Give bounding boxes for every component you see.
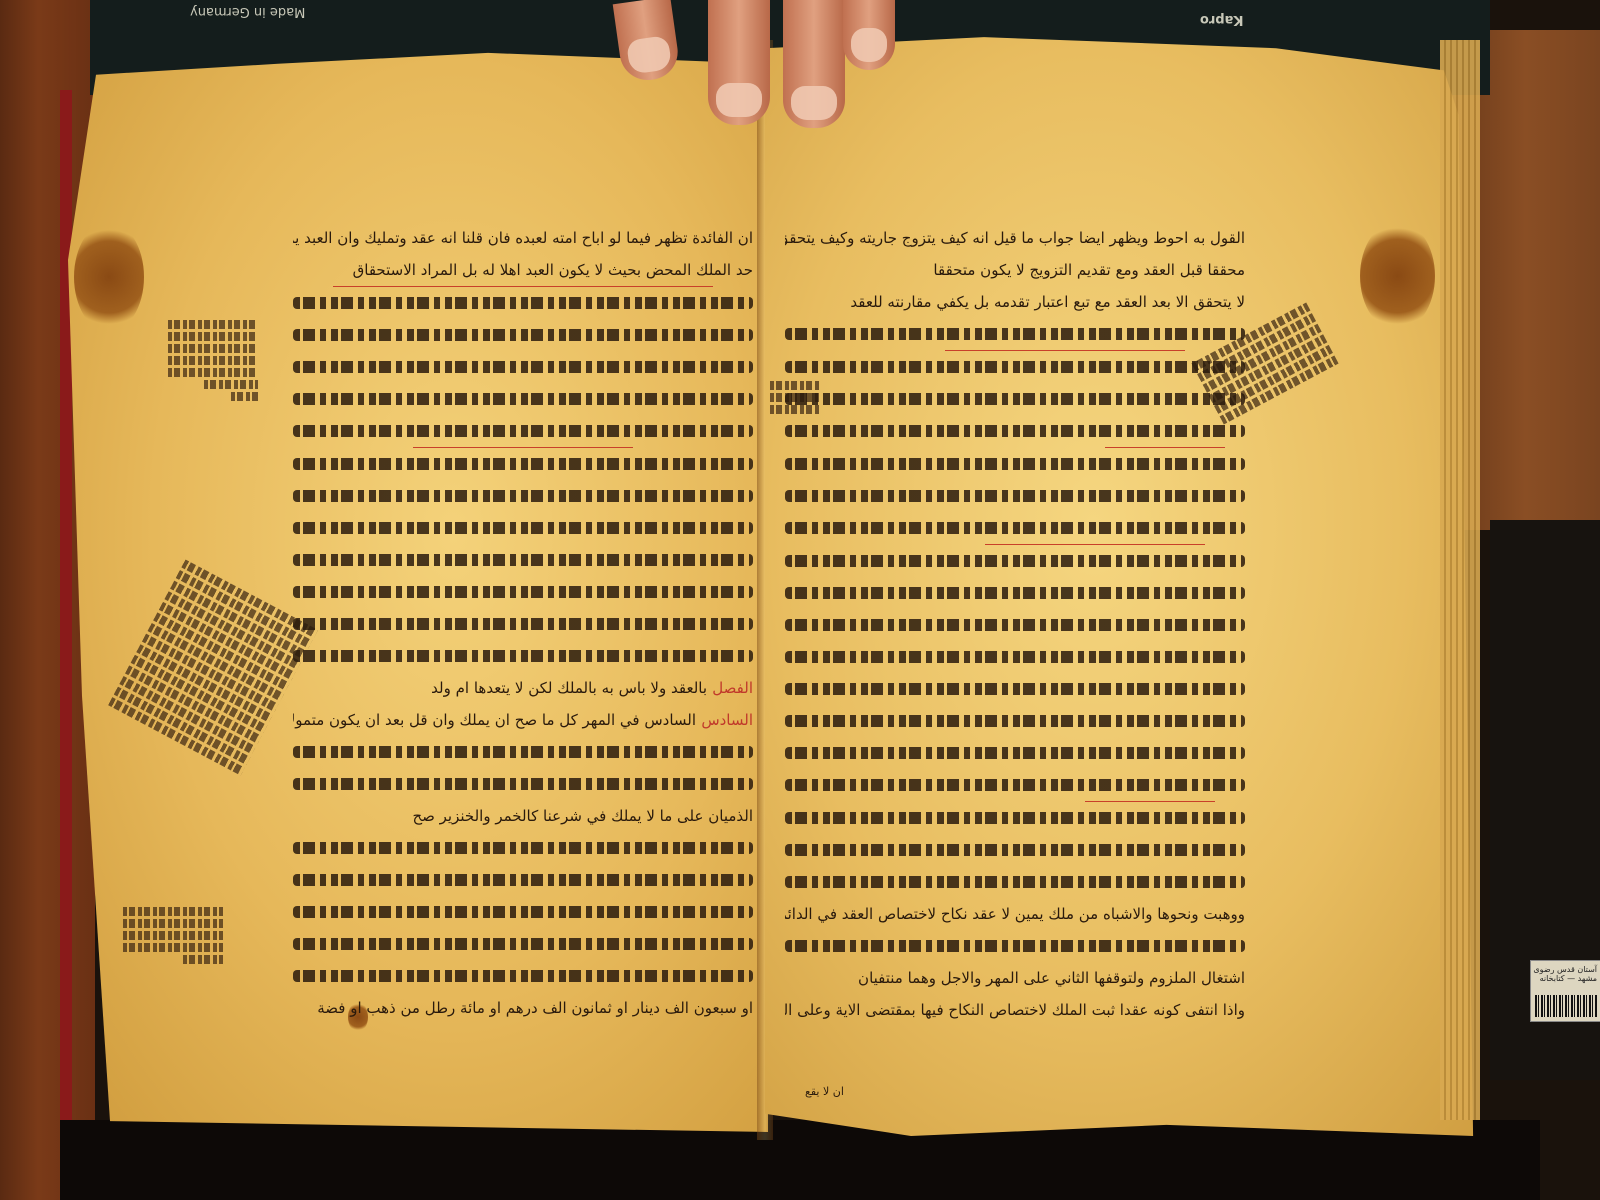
margin-note-diagonal (107, 557, 320, 778)
text-line (293, 768, 753, 800)
text-line (785, 673, 1245, 705)
water-stain (74, 222, 144, 332)
text-line (293, 864, 753, 896)
text-line (785, 769, 1245, 801)
text-line (785, 383, 1245, 415)
text-line (293, 896, 753, 928)
margin-note-lower (123, 904, 223, 967)
left-text-block: ان الفائدة تظهر فيما لو اباح امته لعبده … (293, 222, 753, 1024)
text-line (293, 287, 753, 319)
finger (783, 0, 845, 128)
rubric-line: الفصل بالعقد ولا باس به بالملك لكن لا يت… (293, 672, 753, 704)
text-line (293, 576, 753, 608)
cloth-print-right: Kapro (1200, 12, 1244, 27)
text-line (785, 351, 1245, 383)
library-label: آستان قدس رضوی مشهد — کتابخانه (1530, 960, 1600, 1022)
rubric-line: السادس السادس في المهر كل ما صح ان يملك … (293, 704, 753, 736)
text-line (293, 928, 753, 960)
text-line (785, 545, 1245, 577)
text-line-last: او سبعون الف دينار او ثمانون الف درهم او… (293, 992, 753, 1024)
text-line (293, 544, 753, 576)
text-line (293, 415, 753, 447)
text-line (785, 609, 1245, 641)
text-line (293, 832, 753, 864)
finger (843, 0, 895, 70)
finger (613, 0, 682, 84)
text-line (785, 834, 1245, 866)
cloth-print-left: Made in Germany (190, 4, 305, 19)
text-line-last: واذا انتفى كونه عقدا ثبت الملك لاختصاص ا… (785, 994, 1245, 1026)
text-line (785, 415, 1245, 447)
text-line: ووهبت ونحوها والاشباه من ملك يمين لا عقد… (785, 898, 1245, 930)
text-line (293, 448, 753, 480)
text-line (785, 480, 1245, 512)
text-line (785, 802, 1245, 834)
text-line (785, 705, 1245, 737)
library-label-text: آستان قدس رضوی مشهد — کتابخانه (1531, 965, 1597, 983)
rubric-heading: الفصل (712, 679, 753, 697)
text-line (293, 319, 753, 351)
text-line (293, 383, 753, 415)
page-edges-stack (1440, 40, 1480, 1120)
water-stain (1360, 221, 1435, 331)
text-line: لا يتحقق الا بعد العقد مع تبع اعتبار تقد… (785, 286, 1245, 318)
text-line (785, 512, 1245, 544)
text-line (785, 641, 1245, 673)
text-line (785, 930, 1245, 962)
text-line: بالعقد ولا باس به بالملك لكن لا يتعدها ا… (431, 679, 707, 697)
text-line (785, 737, 1245, 769)
dark-cloth-bottom (60, 1120, 1540, 1200)
text-line (785, 318, 1245, 350)
text-line (293, 640, 753, 672)
text-line: السادس في المهر كل ما صح ان يملك وان قل … (293, 711, 696, 729)
catchword: ان لا يقع (805, 1085, 844, 1098)
text-line: محققا قبل العقد ومع تقديم التزويج لا يكو… (785, 254, 1245, 286)
text-line: اشتغال الملزوم ولتوقفها الثاني على المهر… (785, 962, 1245, 994)
hand-holding-page (618, 0, 898, 130)
right-text-block: القول به احوط ويظهر ايضا جواب ما قيل انه… (785, 222, 1245, 1026)
text-line (785, 448, 1245, 480)
finger (708, 0, 770, 125)
text-line-first: القول به احوط ويظهر ايضا جواب ما قيل انه… (785, 222, 1245, 254)
text-line: حد الملك المحض بحيث لا يكون العبد اهلا ل… (293, 254, 753, 286)
text-line-first: ان الفائدة تظهر فيما لو اباح امته لعبده … (293, 222, 753, 254)
text-line (293, 512, 753, 544)
text-line (293, 351, 753, 383)
margin-note-upper (168, 317, 258, 404)
text-line (293, 736, 753, 768)
text-line (293, 960, 753, 992)
rubric-heading: السادس (701, 711, 753, 729)
text-line (785, 866, 1245, 898)
barcode-icon (1535, 995, 1597, 1017)
text-line (785, 577, 1245, 609)
text-line: الذمیان علی ما لا يملك في شرعنا كالخمر و… (293, 800, 753, 832)
right-page: القول به احوط ويظهر ايضا جواب ما قيل انه… (765, 26, 1495, 1136)
text-line (293, 608, 753, 640)
text-line (293, 480, 753, 512)
left-page: ان الفائدة تظهر فيما لو اباح امته لعبده … (68, 42, 768, 1132)
red-binding-edge (60, 90, 72, 1120)
